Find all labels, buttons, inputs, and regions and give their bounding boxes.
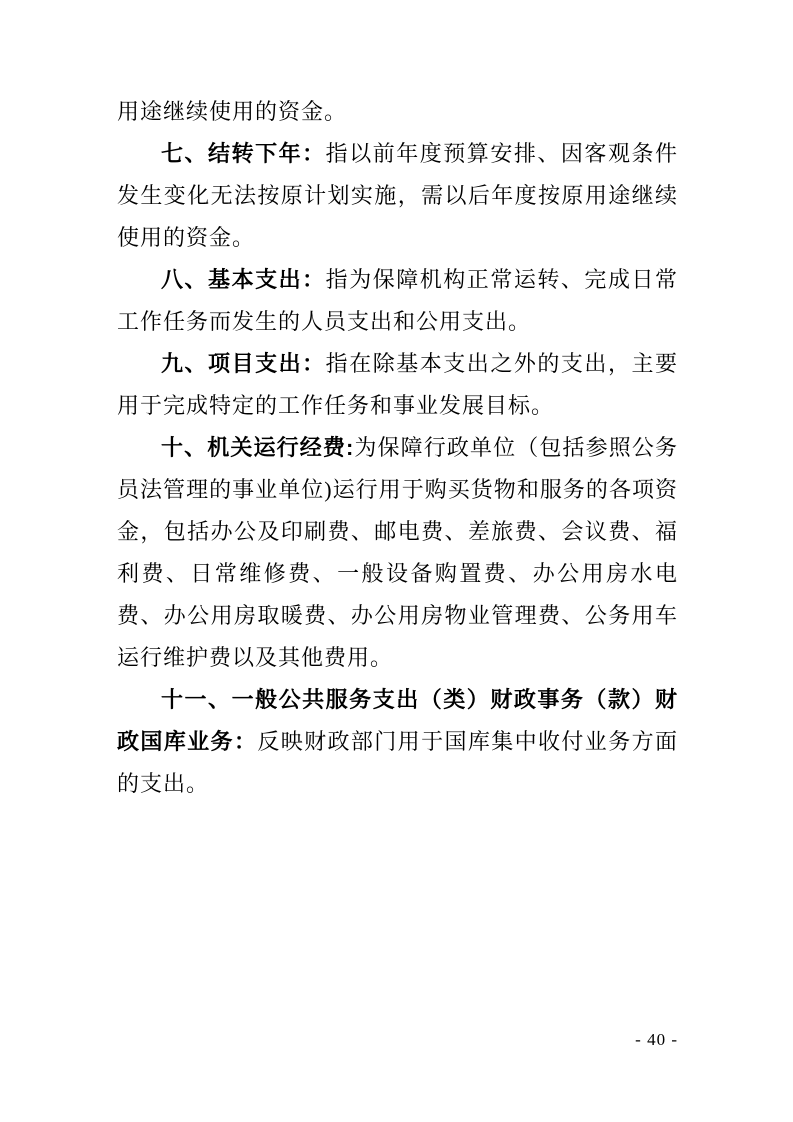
- paragraph-term: 十、机关运行经费:: [161, 435, 354, 460]
- document-body: 用途继续使用的资金。 七、结转下年：指以前年度预算安排、因客观条件发生变化无法按…: [117, 91, 678, 805]
- paragraph-term: 八、基本支出：: [161, 267, 326, 292]
- paragraph-term: 七、结转下年：: [161, 141, 326, 166]
- paragraph: 用途继续使用的资金。: [117, 91, 678, 133]
- paragraph: 十一、一般公共服务支出（类）财政事务（款）财政国库业务：反映财政部门用于国库集中…: [117, 679, 678, 805]
- paragraph: 十、机关运行经费:为保障行政单位（包括参照公务员法管理的事业单位)运行用于购买货…: [117, 427, 678, 679]
- page-number: - 40 -: [117, 1028, 678, 1052]
- paragraph-term: 九、项目支出：: [161, 351, 326, 376]
- paragraph: 九、项目支出：指在除基本支出之外的支出，主要用于完成特定的工作任务和事业发展目标…: [117, 343, 678, 427]
- paragraph-body: 为保障行政单位（包括参照公务员法管理的事业单位)运行用于购买货物和服务的各项资金…: [117, 435, 678, 670]
- paragraph: 七、结转下年：指以前年度预算安排、因客观条件发生变化无法按原计划实施，需以后年度…: [117, 133, 678, 259]
- paragraph-body: 用途继续使用的资金。: [117, 99, 347, 124]
- document-page: 用途继续使用的资金。 七、结转下年：指以前年度预算安排、因客观条件发生变化无法按…: [0, 0, 793, 1122]
- paragraph: 八、基本支出：指为保障机构正常运转、完成日常工作任务而发生的人员支出和公用支出。: [117, 259, 678, 343]
